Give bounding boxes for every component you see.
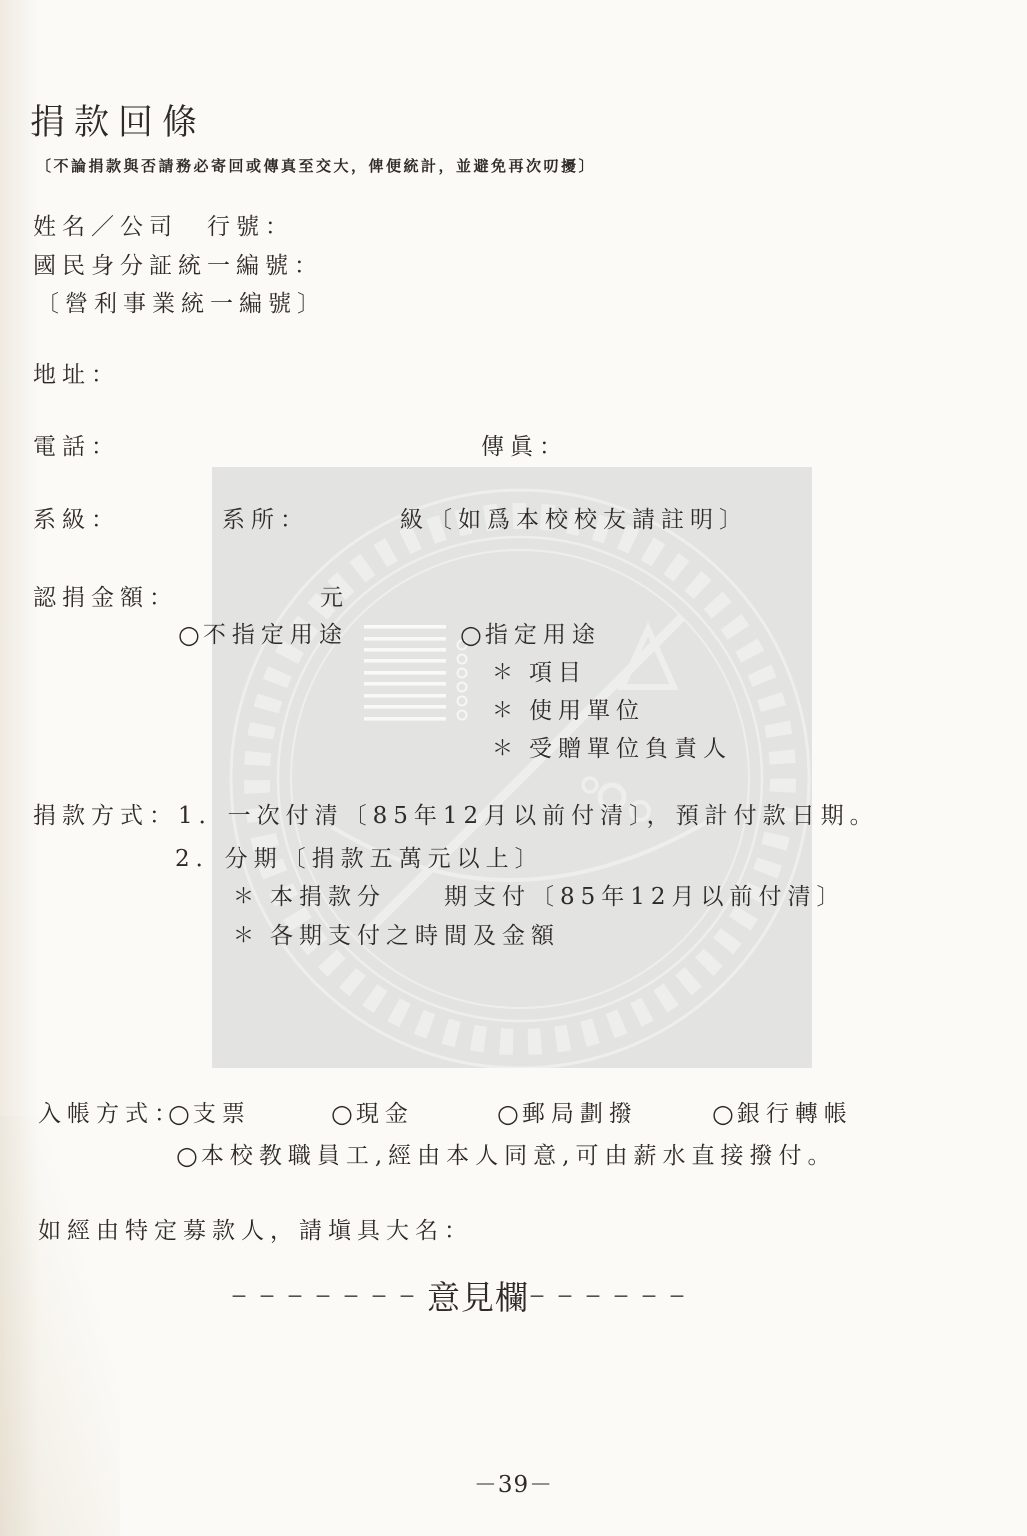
payment-option-installment: 2．分期〔捐款五萬元以上〕: [175, 840, 544, 873]
asterisk-icon: ＊: [492, 698, 513, 722]
radio-circle-icon: ○: [176, 1141, 198, 1170]
name-company-label: 姓名／公司: [33, 208, 178, 241]
business-id-label: 〔營利事業統一編號〕: [36, 285, 326, 318]
installment-detail-label: 各期支付之時間及金額: [270, 923, 560, 949]
option-specified-purpose: ○指定用途: [460, 616, 601, 649]
national-id-label: 國民身分証統一編號：: [33, 247, 323, 280]
department-label: 系所：: [222, 501, 309, 534]
currency-unit-label: 元: [320, 579, 349, 612]
firm-number-label: 行號：: [207, 208, 294, 241]
comments-title: 意見欄: [427, 1278, 529, 1317]
school-seal-watermark-icon: [212, 467, 812, 1068]
comments-section-divider: －－－－－－－意見欄－－－－－－: [231, 1272, 697, 1319]
deposit-option-label: 現金: [356, 1101, 414, 1127]
deposit-option-staff-payroll: ○本校教職員工,經由本人同意,可由薪水直接撥付。: [176, 1137, 836, 1170]
installment-detail-label: 本捐款分 期支付〔85年12月以前付清〕: [270, 884, 846, 910]
radio-circle-icon: ○: [178, 620, 200, 649]
divider-dashes-left: －－－－－－－: [231, 1287, 427, 1306]
deposit-option-bank-transfer: ○銀行轉帳: [712, 1095, 853, 1128]
radio-circle-icon: ○: [460, 620, 482, 649]
divider-dashes-right: －－－－－－: [529, 1287, 697, 1306]
deposit-option-label: 銀行轉帳: [737, 1101, 853, 1127]
deposit-option-label: 支票: [193, 1101, 251, 1127]
deposit-option-label: 本校教職員工,經由本人同意,可由薪水直接撥付。: [201, 1143, 837, 1169]
asterisk-icon: ＊: [492, 660, 513, 684]
radio-circle-icon: ○: [497, 1099, 519, 1128]
page-number: －39－: [474, 1466, 553, 1499]
deposit-option-check: ○支票: [168, 1095, 251, 1128]
specified-item-using-unit: ＊使用單位: [492, 692, 645, 725]
fax-label: 傳眞：: [481, 428, 568, 461]
specified-item-label: 使用單位: [529, 698, 645, 724]
address-label: 地址：: [33, 356, 120, 389]
deposit-option-label: 郵局劃撥: [522, 1101, 638, 1127]
radio-circle-icon: ○: [712, 1099, 734, 1128]
asterisk-icon: ＊: [492, 736, 513, 760]
donation-reply-form-page: 捐款回條 〔不論捐款與否請務必寄回或傳真至交大，俾便統計，並避免再次叨擾〕 姓名…: [0, 0, 1027, 1536]
payment-method-row: 捐款方式：1．一次付清〔85年12月以前付清〕，預計付款日期。: [33, 797, 879, 830]
asterisk-icon: ＊: [233, 884, 254, 908]
payment-option-lump-sum: 1．一次付清〔85年12月以前付清〕，預計付款日期。: [178, 803, 879, 829]
specified-item-project: ＊項目: [492, 654, 587, 687]
installment-detail-schedule: ＊各期支付之時間及金額: [233, 917, 560, 950]
specified-item-label: 受贈單位負責人: [529, 736, 732, 762]
deposit-option-postal-transfer: ○郵局劃撥: [497, 1095, 638, 1128]
pledge-amount-label: 認捐金額：: [33, 579, 178, 612]
specified-item-recipient-head: ＊受贈單位負責人: [492, 730, 732, 763]
asterisk-icon: ＊: [233, 923, 254, 947]
class-label: 系級：: [33, 501, 120, 534]
instruction-note: 〔不論捐款與否請務必寄回或傳真至交大，俾便統計，並避免再次叨擾〕: [36, 155, 596, 176]
deposit-option-cash: ○現金: [331, 1095, 414, 1128]
radio-circle-icon: ○: [168, 1099, 190, 1128]
deposit-method-label: 入帳方式：: [38, 1095, 183, 1128]
grade-note-label: 級〔如爲本校校友請註明〕: [400, 501, 748, 534]
option-unspecified-label: 不指定用途: [203, 622, 348, 648]
form-title: 捐款回條: [30, 95, 206, 145]
specified-item-label: 項目: [529, 660, 587, 686]
option-specified-label: 指定用途: [485, 622, 601, 648]
fundraiser-name-label: 如經由特定募款人，請塡具大名：: [38, 1212, 473, 1245]
phone-label: 電話：: [33, 428, 120, 461]
payment-method-label: 捐款方式：: [33, 803, 178, 829]
installment-detail-periods: ＊本捐款分 期支付〔85年12月以前付清〕: [233, 878, 846, 911]
watermark-panel: [212, 467, 812, 1068]
radio-circle-icon: ○: [331, 1099, 353, 1128]
scan-bottom-edge-shade: [0, 1116, 120, 1536]
option-unspecified-purpose: ○不指定用途: [178, 616, 348, 649]
